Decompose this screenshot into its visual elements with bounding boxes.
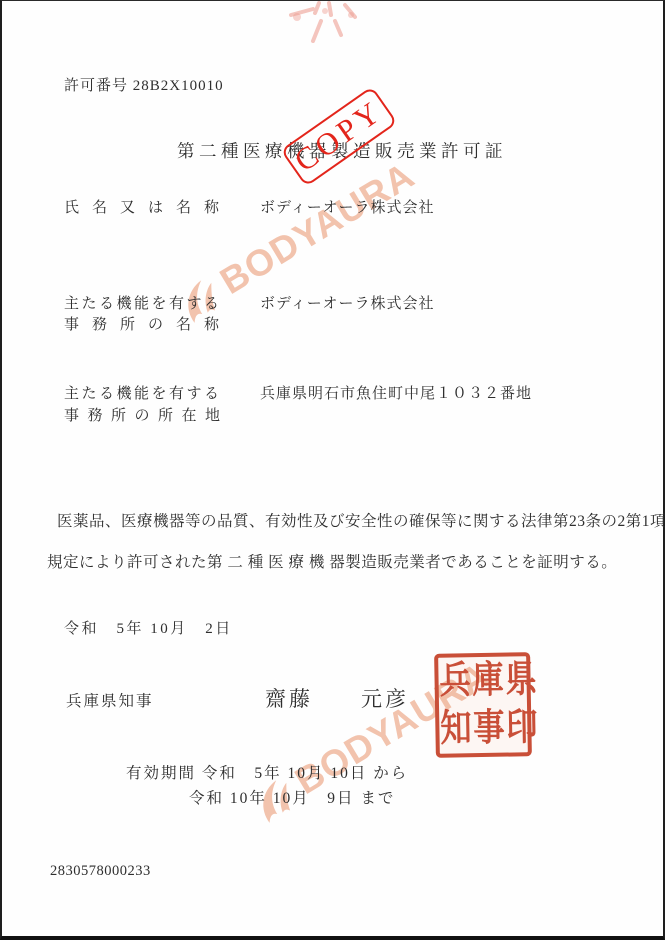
governor-name: 齋藤 元彦 (265, 683, 409, 713)
permit-number-label: 許可番号 (64, 78, 128, 94)
seal-char: 県 (505, 661, 537, 699)
field-label-office-name-line1: 主たる機能を有する (64, 292, 222, 313)
seal-char: 事 (473, 710, 505, 748)
field-label-office-address-line1: 主たる機能を有する (64, 382, 222, 403)
field-value-office-address: 兵庫県明石市魚住町中尾１０３２番地 (260, 382, 532, 403)
seal-char: 知 (440, 710, 472, 748)
field-value-name: ボディーオーラ株式会社 (260, 196, 435, 217)
field-label-office-name-line2: 事務所の名称 (64, 313, 232, 334)
body-text-line2: 規定により許可された第 二 種 医 療 機 器製造販売業者であることを証明する。 (47, 550, 617, 572)
field-value-office-name: ボディーオーラ株式会社 (260, 292, 435, 313)
validity-period-line1: 有効期間 令和 5年 10月 10日 から (126, 761, 408, 783)
issue-date: 令和 5年 10月 2日 (64, 617, 233, 638)
permit-number-line: 許可番号 28B2X10010 (64, 74, 224, 95)
certificate-page: BODYAURA BODYAURA 許可番号 28B2X10010 第二種医療機… (0, 0, 665, 940)
permit-number-value: 28B2X10010 (133, 78, 224, 94)
seal-char: 印 (506, 709, 538, 747)
body-text-line1: 医薬品、医療機器等の品質、有効性及び安全性の確保等に関する法律第23条の2第1項… (57, 509, 665, 531)
copy-stamp: COPY (280, 86, 398, 187)
validity-period-line2: 令和 10年 10月 9日 まで (189, 786, 395, 808)
seal-char: 庫 (472, 662, 504, 700)
partial-stamp-mark-icon (285, 1, 365, 47)
field-label-office-address-line2: 事務所の所在地 (64, 404, 229, 425)
field-label-name: 氏名又は名称 (64, 196, 232, 217)
seal-char: 兵 (439, 662, 471, 700)
governor-title: 兵庫県知事 (66, 689, 154, 711)
official-seal: 兵 庫 県 知 事 印 (434, 652, 532, 758)
document-number: 2830578000233 (50, 863, 151, 880)
